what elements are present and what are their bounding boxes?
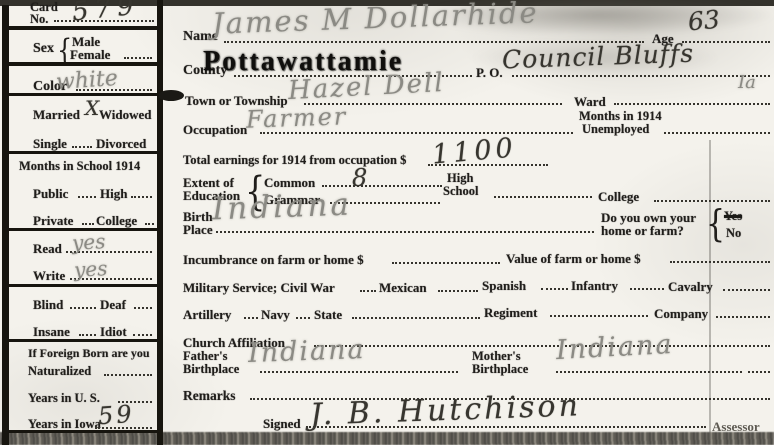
dotted-line [260, 370, 458, 373]
heavy-rule [8, 26, 159, 30]
dotted-line [131, 195, 152, 198]
years-iowa-value: 59 [97, 402, 135, 428]
census-card: Card No. 579 Sex { Male Female Color whi… [0, 0, 774, 445]
heavy-rule [8, 62, 159, 66]
dotted-line [79, 333, 96, 336]
own-home-no-label: No [726, 227, 741, 240]
insane-label: Insane [33, 325, 70, 339]
years-us-label: Years in U. S. [28, 392, 100, 405]
dotted-line [664, 131, 770, 134]
blind-label: Blind [33, 298, 63, 312]
heavy-rule [8, 151, 159, 154]
own-home-yes-label: Yes [724, 210, 742, 223]
heavy-rule [8, 339, 159, 342]
scan-bottom-edge [0, 432, 774, 445]
public-label: Public [33, 187, 68, 201]
dotted-line [550, 314, 648, 317]
mother-birthplace-value: Indiana [555, 331, 674, 364]
read-label: Read [33, 242, 62, 256]
navy-label: Navy [261, 308, 290, 322]
school-section-header: Months in School 1914 [19, 160, 140, 173]
own-home-brace: { [706, 203, 725, 247]
ward-label: Ward [574, 95, 606, 109]
dotted-line [124, 56, 152, 59]
widowed-label: Widowed [99, 108, 152, 122]
age-value: 63 [687, 7, 721, 35]
dotted-line [392, 261, 500, 264]
sex-female-label: Female [70, 48, 110, 62]
dotted-line [352, 316, 480, 319]
regiment-label: Regiment [484, 306, 537, 320]
college-left-label: College [96, 214, 137, 228]
college-label: College [598, 190, 639, 204]
dotted-line [512, 74, 770, 77]
high-school-label-2: School [443, 185, 478, 198]
ink-blot [158, 90, 184, 101]
naturalized-label: Naturalized [28, 365, 91, 378]
mother-label-2: Birthplace [472, 363, 528, 376]
dotted-line [70, 306, 96, 309]
sex-label: Sex [33, 42, 54, 57]
dotted-line [654, 199, 770, 202]
company-label: Company [654, 307, 708, 321]
dotted-line [134, 306, 152, 309]
dotted-line [716, 315, 770, 318]
dotted-line [314, 344, 770, 347]
dotted-line [95, 426, 152, 429]
married-label: Married [33, 108, 80, 122]
state-label: State [314, 308, 342, 322]
birthplace-value: Indiana [212, 190, 353, 226]
earnings-value: 1100 [431, 134, 518, 168]
signed-label: Signed [263, 417, 301, 431]
incumbrance-label: Incumbrance on farm or home $ [183, 253, 364, 267]
dotted-line [682, 40, 770, 43]
high-label: High [100, 187, 127, 201]
heavy-rule [8, 430, 159, 433]
card-left-border [2, 5, 9, 445]
father-birthplace-value: Indiana [248, 336, 366, 367]
column-divider [157, 0, 163, 445]
state-value: Ia [738, 74, 756, 92]
military-label: Military Service; Civil War [183, 281, 335, 295]
dotted-line [438, 289, 478, 292]
dotted-line [723, 288, 770, 291]
dotted-line [244, 316, 258, 319]
po-label: P. O. [476, 66, 503, 80]
dotted-line [360, 289, 376, 292]
dotted-line [216, 230, 594, 233]
color-value: white [55, 68, 118, 94]
po-value: Council Bluffs [502, 41, 695, 73]
card-no-label: No. [30, 13, 48, 26]
dotted-line [133, 333, 152, 336]
dotted-line [104, 373, 152, 376]
read-value: yes [71, 231, 105, 253]
dotted-line [541, 287, 568, 290]
assessor-label: Assessor [712, 420, 760, 434]
occupation-label: Occupation [183, 123, 247, 137]
common-value: 8 [352, 166, 367, 190]
dotted-line [748, 370, 770, 373]
mexican-label: Mexican [379, 281, 427, 295]
idiot-label: Idiot [100, 325, 127, 339]
spanish-label: Spanish [482, 279, 526, 293]
birth-place-label-2: Place [183, 223, 213, 237]
dotted-line [494, 195, 592, 198]
heavy-rule [8, 93, 159, 96]
write-value: yes [73, 258, 107, 280]
infantry-label: Infantry [571, 279, 618, 293]
dotted-line [296, 316, 310, 319]
father-label-2: Birthplace [183, 363, 239, 376]
dotted-line [78, 195, 96, 198]
cavalry-label: Cavalry [668, 280, 713, 294]
artillery-label: Artillery [183, 308, 231, 322]
occupation-value: Farmer [246, 104, 348, 132]
value-home-label: Value of farm or home $ [506, 252, 641, 266]
earnings-label: Total earnings for 1914 from occupation … [183, 154, 406, 167]
divorced-label: Divorced [96, 137, 146, 151]
dotted-line [630, 287, 664, 290]
heavy-rule [8, 284, 159, 287]
dotted-line [82, 222, 94, 225]
dotted-line [614, 102, 770, 105]
own-home-label-2: home or farm? [601, 224, 684, 238]
remarks-label: Remarks [183, 389, 236, 403]
township-value: Hazel Dell [287, 70, 445, 104]
married-mark: X [85, 98, 99, 118]
dotted-line [670, 260, 770, 263]
write-label: Write [33, 269, 65, 283]
unemployed-label: Unemployed [582, 123, 649, 136]
foreign-born-label: If Foreign Born are you [28, 347, 150, 360]
deaf-label: Deaf [100, 298, 126, 312]
private-label: Private [33, 214, 73, 228]
dotted-line [72, 145, 92, 148]
single-label: Single [33, 137, 67, 151]
dotted-line [145, 222, 154, 225]
dotted-line [556, 370, 742, 373]
